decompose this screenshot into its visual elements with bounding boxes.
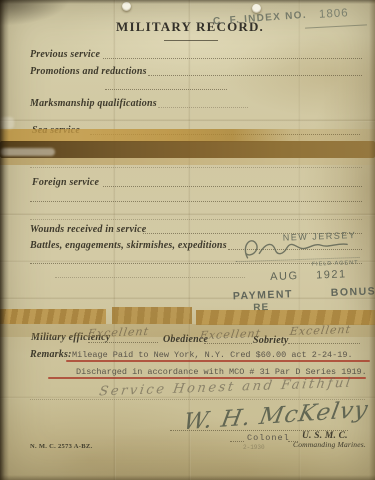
tape-stain <box>196 310 375 325</box>
field-label-battles: Battles, engagements, skirmishes, expedi… <box>30 240 227 251</box>
paper-edge <box>0 0 9 480</box>
field-label-previous-service: Previous service <box>30 49 100 60</box>
rank-typed: Colonel <box>247 433 290 443</box>
field-line <box>230 440 244 442</box>
form-number: N. M. C. 2573 A-BZ. <box>30 443 92 450</box>
print-code: 2-1930 <box>243 444 265 451</box>
field-line <box>103 57 362 59</box>
field-label-marksmanship: Marksmanship qualifications <box>30 98 157 109</box>
field-label-promotions: Promotions and reductions <box>30 66 147 77</box>
field-label-foreign-service: Foreign service <box>32 177 99 188</box>
remarks-typed-line-1: Mileage Paid to New York, N.Y. Cred $60.… <box>72 350 353 360</box>
index-stamp-number: 1806 <box>319 7 349 21</box>
fold-crease <box>0 119 375 122</box>
field-line <box>288 342 360 344</box>
stamp-date-month: AUG <box>270 270 299 283</box>
red-underline <box>66 360 370 362</box>
field-line <box>30 218 362 220</box>
remarks-typed-line-2: Discharged in accordance with MCO # 31 P… <box>76 367 367 377</box>
role-label: Commanding Marines. <box>293 441 366 449</box>
field-line <box>30 200 362 202</box>
fold-crease <box>0 213 375 216</box>
new-jersey-stamp: NEW JERSEY FIELD AGENT AUG 1921 PAYMENT … <box>226 223 374 318</box>
stamp-date-year: 1921 <box>316 268 347 281</box>
field-label-wounds: Wounds received in service <box>30 224 146 235</box>
field-line <box>148 74 362 76</box>
tape-stain <box>0 309 106 324</box>
title-underline <box>164 40 218 41</box>
field-line <box>88 341 158 343</box>
tape-stain <box>0 158 375 165</box>
field-line <box>30 166 362 168</box>
tape-stain-dark <box>0 141 375 158</box>
field-line <box>105 88 227 90</box>
remarks-label: Remarks: <box>30 349 72 360</box>
field-line <box>204 342 252 344</box>
paper-edge <box>0 0 375 4</box>
stamp-signature-title: FIELD AGENT <box>312 260 359 268</box>
field-line <box>55 276 245 278</box>
paper-edge <box>369 0 375 480</box>
punch-hole <box>252 4 261 13</box>
field-line <box>103 185 362 187</box>
field-line <box>158 106 248 108</box>
paper-edge <box>0 475 375 480</box>
scanned-document: MILITARY RECORD. C. F. INDEX NO. 1806 Pr… <box>0 0 375 480</box>
tape-stain <box>112 307 192 324</box>
stamp-payment-word: PAYMENT <box>233 288 293 302</box>
tape-shadow <box>0 324 375 337</box>
